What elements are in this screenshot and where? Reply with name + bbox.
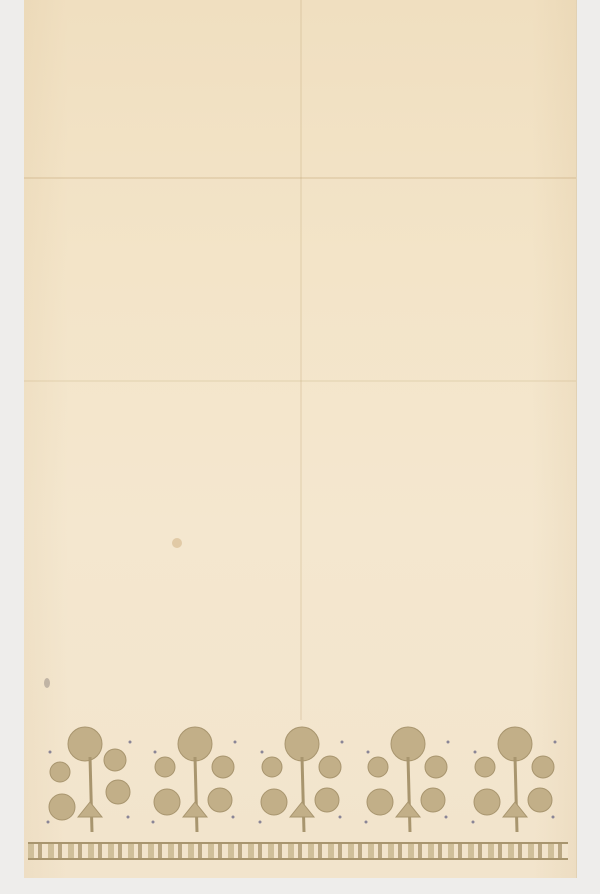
floral-spray — [465, 722, 565, 840]
stain — [44, 678, 50, 688]
floral-spray — [358, 722, 458, 840]
floral-spray — [145, 722, 245, 840]
fold-line — [300, 0, 302, 720]
floral-spray — [40, 722, 140, 840]
stain — [172, 538, 182, 548]
embroidered-border — [28, 842, 568, 860]
floral-spray — [252, 722, 352, 840]
